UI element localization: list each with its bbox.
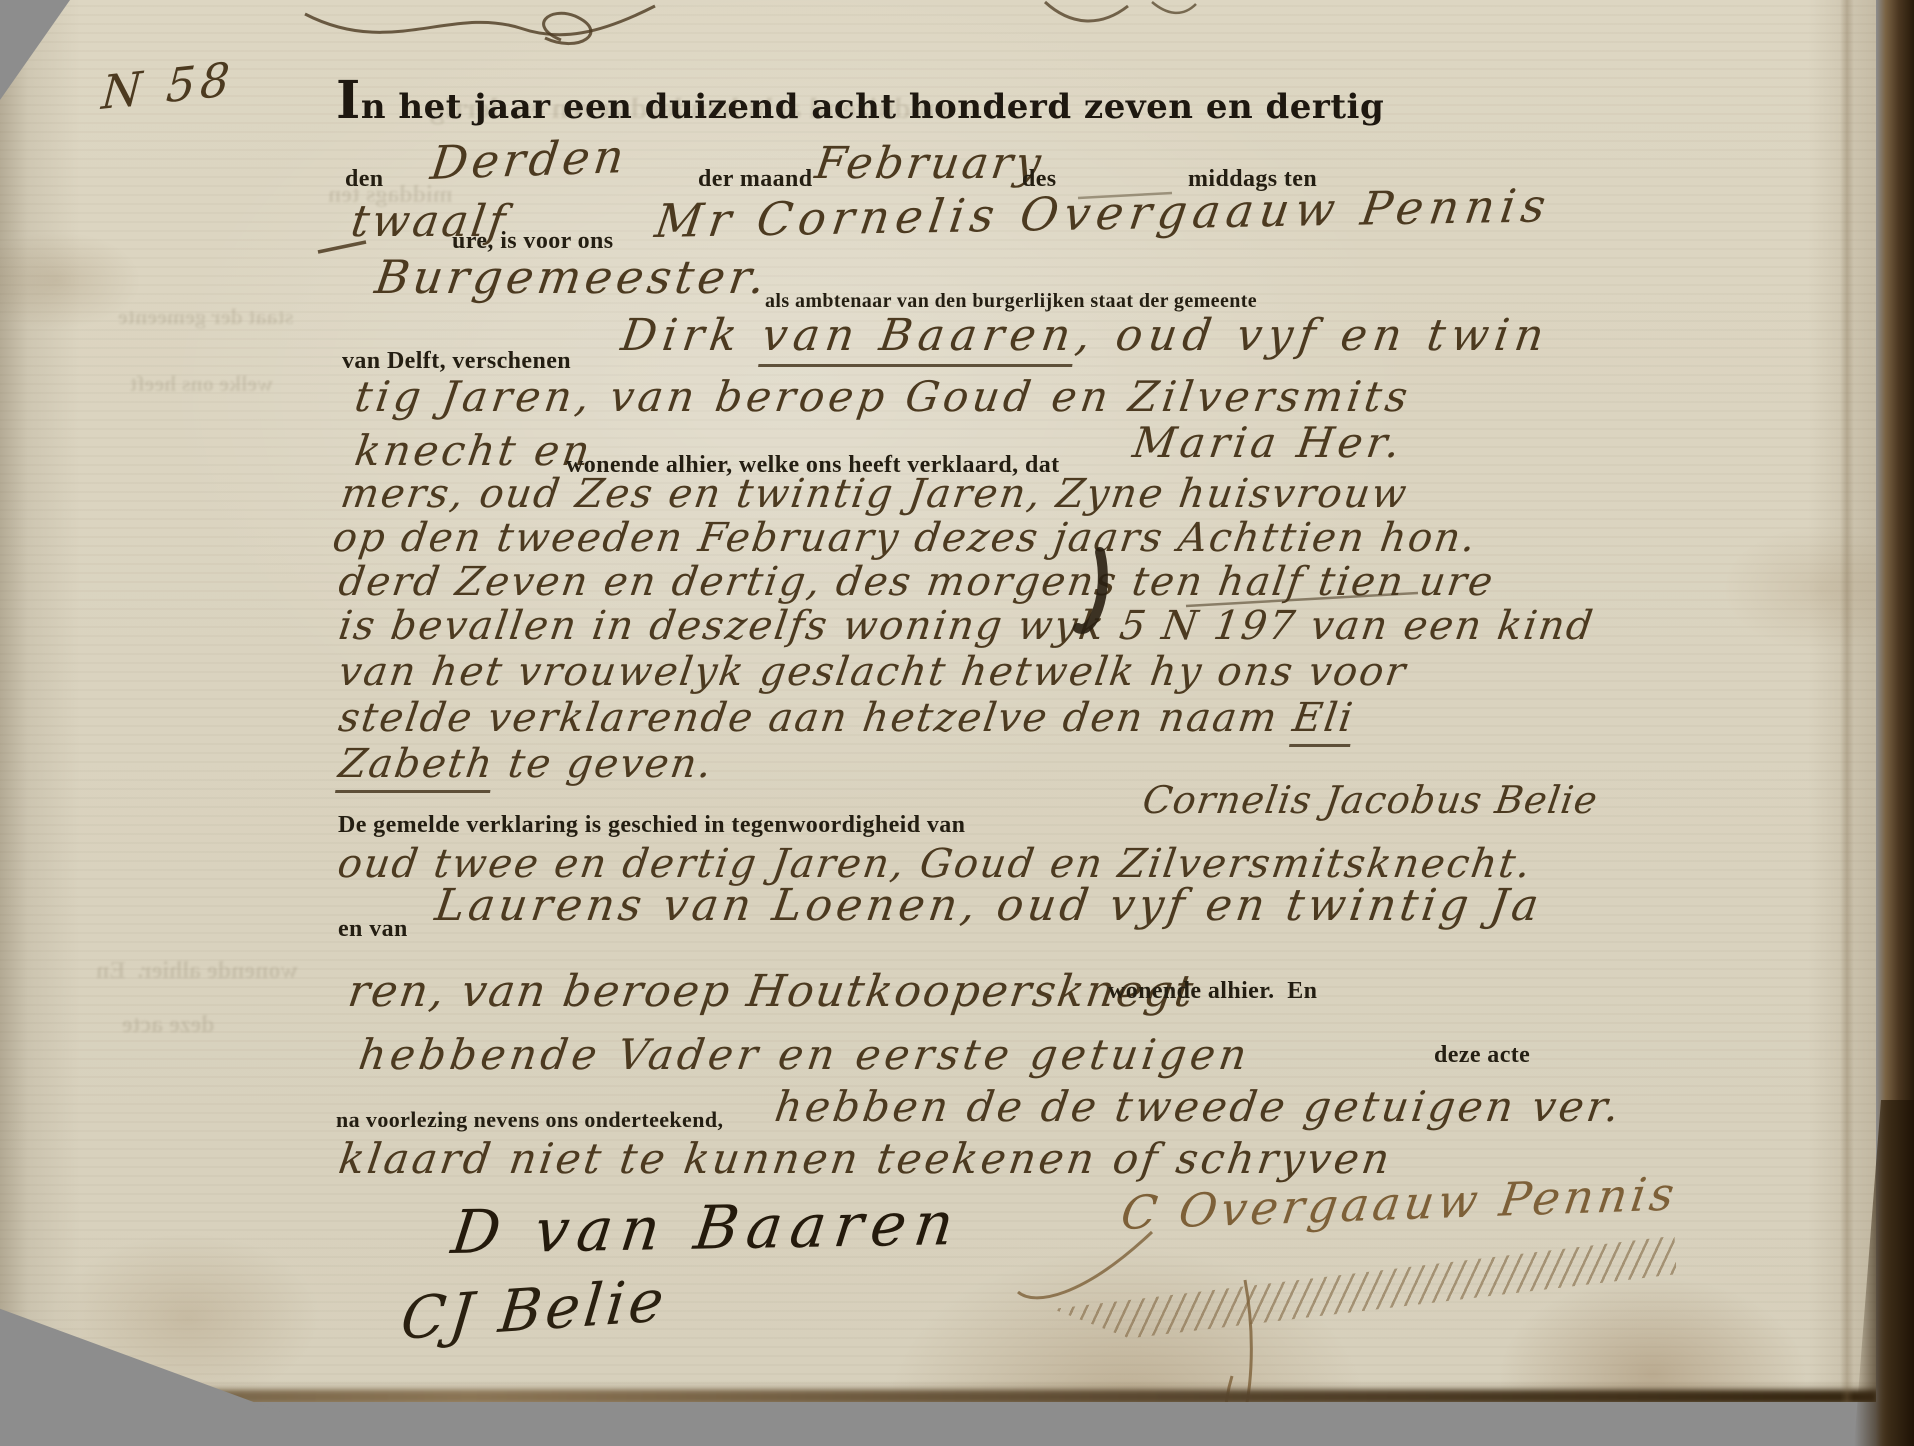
child-name-part2-underlined: Zabeth <box>335 741 497 793</box>
written-mother-name: Maria Her. <box>1130 420 1407 466</box>
birth-record-scan: en duizend acht honderd zeven en dertig … <box>0 0 1914 1446</box>
printed-der-maand: der maand <box>698 166 813 192</box>
written-birth-place: is bevallen in deszelfs woning wyk 5 N 1… <box>336 604 1597 648</box>
written-birth-time: derd Zeven en dertig, des morgens ten ha… <box>336 560 1497 604</box>
name-line-pre: stelde verklarende aan hetzelve den naam <box>336 695 1296 741</box>
printed-wonende-alhier: wonende alhier. En <box>1108 978 1317 1004</box>
declarant-surname-underlined: van Baaren <box>758 310 1080 367</box>
printed-den: den <box>345 166 384 192</box>
name-line-post: te geven. <box>491 741 717 787</box>
written-burgemeester: Burgemeester. <box>372 252 772 303</box>
bleedthrough-fragment: staat der gemeente <box>118 305 294 329</box>
printed-en-van: en van <box>338 916 408 942</box>
written-witness2-name: Laurens van Loenen, oud vyf en twintig J… <box>432 882 1545 930</box>
declarant-first-name: Dirk <box>618 310 766 361</box>
written-witness1-name: Cornelis Jacobus Belie <box>1140 780 1600 822</box>
printed-van-delft: van Delft, verschenen <box>342 348 571 374</box>
written-knecht: knecht en <box>352 428 596 474</box>
scanner-background <box>0 1402 1914 1446</box>
printed-na-voorlezing: na voorlezing nevens ons onderteekend, <box>336 1108 723 1132</box>
written-birth-date: op den tweeden February dezes jaars Acht… <box>330 516 1480 560</box>
opening-line: In het jaar een duizend acht honderd zev… <box>336 80 1384 126</box>
written-month: February <box>812 140 1047 188</box>
written-mother-detail: mers, oud Zes en twintig Jaren, Zyne hui… <box>338 472 1411 516</box>
printed-ambtenaar: als ambtenaar van den burgerlijken staat… <box>765 290 1257 312</box>
written-declarant-name: Dirk van Baaren, oud vyf en twin <box>618 312 1553 360</box>
bleedthrough-fragment: wonende alhier. En <box>96 958 298 984</box>
page-crease <box>1840 0 1854 1402</box>
bleedthrough-fragment: deze acte <box>122 1012 215 1038</box>
printed-deze-acte: deze acte <box>1434 1042 1530 1068</box>
written-child-gender: van het vrouwelyk geslacht hetwelk hy on… <box>336 650 1410 694</box>
written-witness2-detail: ren, van beroep Houtkoopersknegt <box>345 968 1198 1016</box>
written-day: Derden <box>428 131 631 189</box>
written-closing2: hebben de de tweede getuigen ver. <box>772 1084 1625 1130</box>
signature-declarant: D van Baaren <box>448 1191 965 1266</box>
written-closing1: hebbende Vader en eerste getuigen <box>356 1032 1253 1078</box>
printed-witness-intro: De gemelde verklaring is geschied in teg… <box>338 812 965 838</box>
declarant-age-start: , oud vyf en twin <box>1073 310 1553 361</box>
written-declarant-occupation: tig Jaren, van beroep Goud en Zilversmit… <box>352 374 1414 420</box>
child-name-part1-underlined: Eli <box>1289 695 1357 747</box>
bleedthrough-fragment: welke ons heeft <box>130 372 273 396</box>
written-child-name-line2: Zabeth te geven. <box>336 742 716 786</box>
written-closing3: klaard niet te kunnen teekenen of schryv… <box>336 1136 1395 1182</box>
written-child-name-line1: stelde verklarende aan hetzelve den naam… <box>336 696 1357 740</box>
